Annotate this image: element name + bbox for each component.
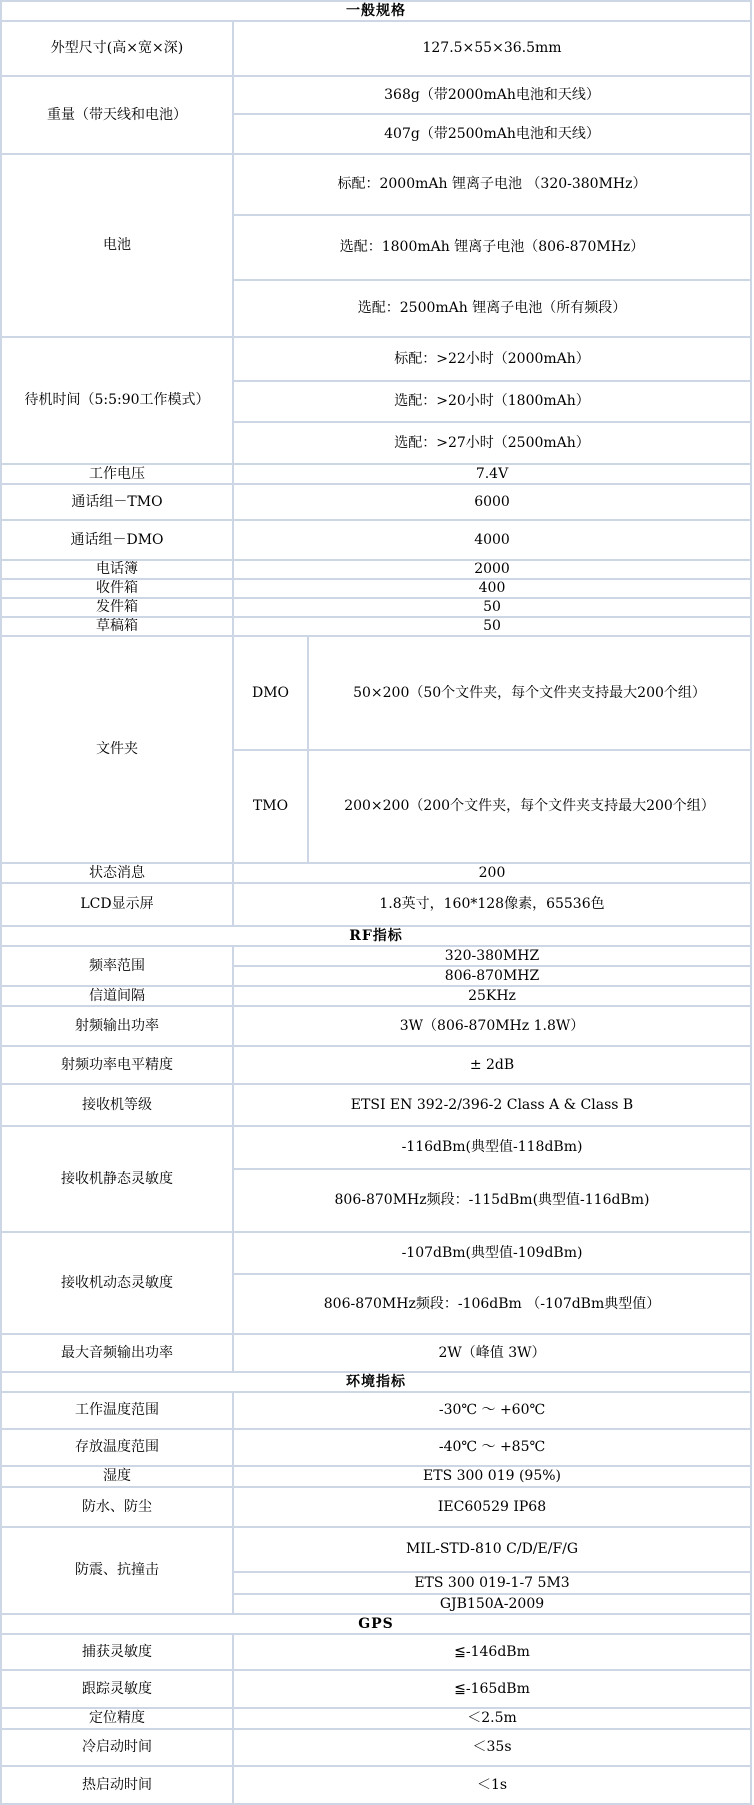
label-operating-voltage: 工作电压	[1, 464, 233, 484]
value-operating-temp: -30℃ ～ +60℃	[233, 1392, 751, 1429]
value-static-sensitivity-main: -116dBm(典型值-118dBm)	[233, 1126, 751, 1169]
value-folders-dmo: 50×200（50个文件夹，每个文件夹支持最大200个组）	[308, 636, 751, 750]
label-inbox: 收件箱	[1, 579, 233, 598]
value-shock-gjb: GJB150A-2009	[233, 1594, 751, 1614]
label-receiver-dynamic-sensitivity: 接收机动态灵敏度	[1, 1232, 233, 1334]
label-folders: 文件夹	[1, 636, 233, 863]
value-receiver-class: ETSI EN 392-2/396-2 Class A & Class B	[233, 1084, 751, 1126]
label-receiver-static-sensitivity: 接收机静态灵敏度	[1, 1126, 233, 1232]
label-weight: 重量（带天线和电池）	[1, 76, 233, 154]
value-battery-standard: 标配：2000mAh 锂离子电池 （320-380MHz）	[233, 154, 751, 215]
value-talkgroups-dmo: 4000	[233, 520, 751, 560]
folders-mode-tmo: TMO	[233, 750, 308, 863]
label-acquisition-sensitivity: 捕获灵敏度	[1, 1634, 233, 1670]
label-humidity: 湿度	[1, 1466, 233, 1487]
label-operating-temp: 工作温度范围	[1, 1392, 233, 1429]
label-talkgroups-tmo: 通话组－TMO	[1, 484, 233, 520]
value-dimensions: 127.5×55×36.5mm	[233, 21, 751, 76]
value-waterproof-dustproof: IEC60529 IP68	[233, 1487, 751, 1527]
label-status-messages: 状态消息	[1, 863, 233, 883]
label-shock-impact: 防震、抗撞击	[1, 1527, 233, 1614]
value-storage-temp: -40℃ ～ +85℃	[233, 1429, 751, 1466]
spec-table: 一般规格 外型尺寸(高×宽×深) 127.5×55×36.5mm 重量（带天线和…	[0, 0, 752, 1805]
label-positioning-accuracy: 定位精度	[1, 1708, 233, 1729]
value-dynamic-sensitivity-806: 806-870MHz频段：-106dBm （-107dBm典型值）	[233, 1274, 751, 1334]
label-outbox: 发件箱	[1, 598, 233, 617]
section-header-gps: GPS	[1, 1614, 751, 1634]
label-max-audio-output: 最大音频输出功率	[1, 1334, 233, 1372]
value-operating-voltage: 7.4V	[233, 464, 751, 484]
value-cold-start-time: ＜35s	[233, 1729, 751, 1766]
value-dynamic-sensitivity-main: -107dBm(典型值-109dBm)	[233, 1232, 751, 1274]
label-dimensions: 外型尺寸(高×宽×深)	[1, 21, 233, 76]
label-rf-power-accuracy: 射频功率电平精度	[1, 1046, 233, 1084]
value-tracking-sensitivity: ≦-165dBm	[233, 1670, 751, 1708]
value-phonebook: 2000	[233, 560, 751, 579]
value-positioning-accuracy: ＜2.5m	[233, 1708, 751, 1729]
value-channel-spacing: 25KHz	[233, 986, 751, 1006]
section-header-general: 一般规格	[1, 1, 751, 21]
label-battery: 电池	[1, 154, 233, 337]
section-header-environment: 环境指标	[1, 1372, 751, 1392]
value-static-sensitivity-806: 806-870MHz频段：-115dBm(典型值-116dBm)	[233, 1169, 751, 1232]
value-status-messages: 200	[233, 863, 751, 883]
label-channel-spacing: 信道间隔	[1, 986, 233, 1006]
value-lcd-display: 1.8英寸，160*128像素，65536色	[233, 883, 751, 926]
value-frequency-range-high: 806-870MHZ	[233, 966, 751, 986]
value-inbox: 400	[233, 579, 751, 598]
value-battery-optional-1800: 选配：1800mAh 锂离子电池（806-870MHz）	[233, 215, 751, 280]
value-max-audio-output: 2W（峰值 3W）	[233, 1334, 751, 1372]
value-hot-start-time: ＜1s	[233, 1766, 751, 1804]
label-drafts: 草稿箱	[1, 617, 233, 636]
label-hot-start-time: 热启动时间	[1, 1766, 233, 1804]
value-standby-standard: 标配：>22小时（2000mAh）	[233, 337, 751, 381]
value-standby-optional-2500: 选配：>27小时（2500mAh）	[233, 422, 751, 464]
label-phonebook: 电话簿	[1, 560, 233, 579]
value-humidity: ETS 300 019 (95%)	[233, 1466, 751, 1487]
value-frequency-range-low: 320-380MHZ	[233, 946, 751, 966]
label-talkgroups-dmo: 通话组－DMO	[1, 520, 233, 560]
value-rf-output-power: 3W（806-870MHz 1.8W）	[233, 1006, 751, 1046]
label-tracking-sensitivity: 跟踪灵敏度	[1, 1670, 233, 1708]
value-weight-2000: 368g（带2000mAh电池和天线）	[233, 76, 751, 114]
label-waterproof-dustproof: 防水、防尘	[1, 1487, 233, 1527]
value-outbox: 50	[233, 598, 751, 617]
value-weight-2500: 407g（带2500mAh电池和天线）	[233, 114, 751, 154]
label-receiver-class: 接收机等级	[1, 1084, 233, 1126]
label-cold-start-time: 冷启动时间	[1, 1729, 233, 1766]
value-rf-power-accuracy: ± 2dB	[233, 1046, 751, 1084]
value-shock-ets: ETS 300 019-1-7 5M3	[233, 1572, 751, 1594]
value-drafts: 50	[233, 617, 751, 636]
value-battery-optional-2500: 选配：2500mAh 锂离子电池（所有频段）	[233, 280, 751, 337]
value-folders-tmo: 200×200（200个文件夹，每个文件夹支持最大200个组）	[308, 750, 751, 863]
label-rf-output-power: 射频输出功率	[1, 1006, 233, 1046]
label-storage-temp: 存放温度范围	[1, 1429, 233, 1466]
value-acquisition-sensitivity: ≦-146dBm	[233, 1634, 751, 1670]
value-talkgroups-tmo: 6000	[233, 484, 751, 520]
label-frequency-range: 频率范围	[1, 946, 233, 986]
folders-mode-dmo: DMO	[233, 636, 308, 750]
value-shock-mil-std: MIL-STD-810 C/D/E/F/G	[233, 1527, 751, 1572]
section-header-rf: RF指标	[1, 926, 751, 946]
label-standby-time: 待机时间（5:5:90工作模式）	[1, 337, 233, 464]
value-standby-optional-1800: 选配：>20小时（1800mAh）	[233, 381, 751, 422]
label-lcd-display: LCD显示屏	[1, 883, 233, 926]
